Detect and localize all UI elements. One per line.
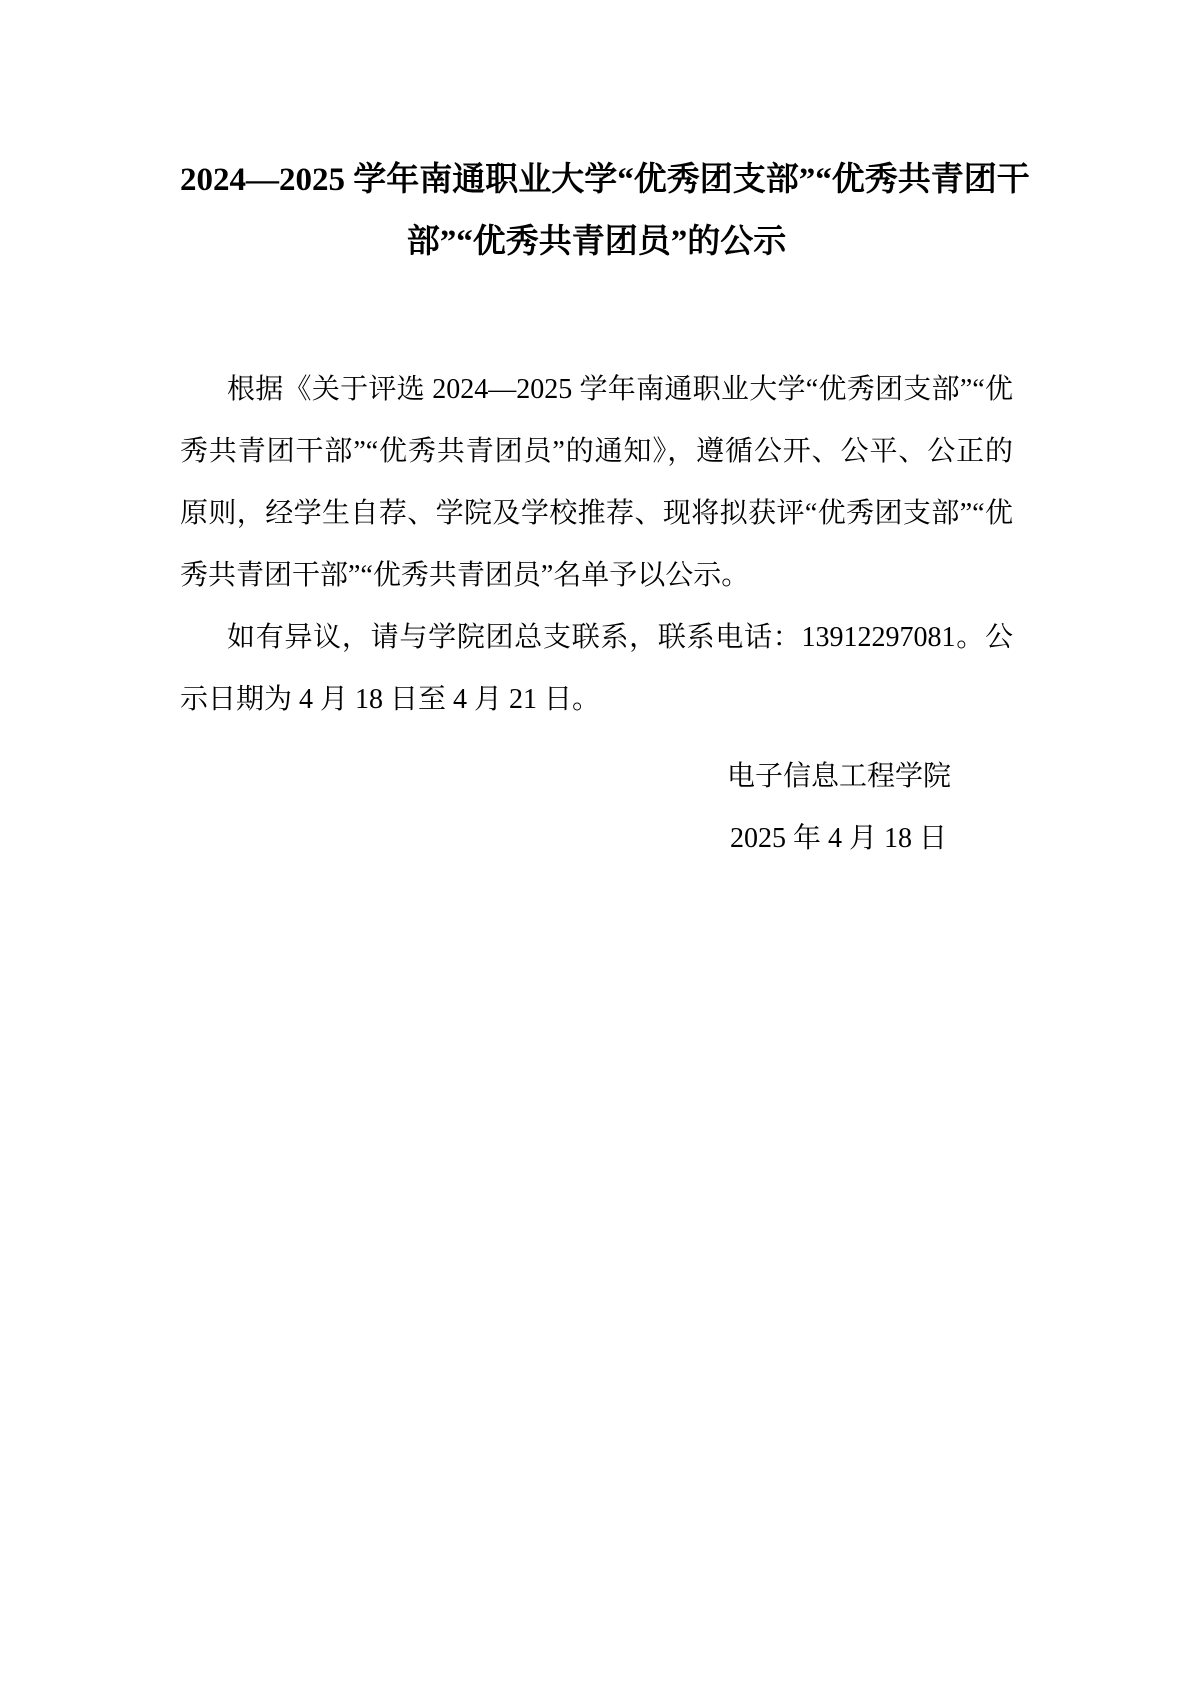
signature-organization: 电子信息工程学院 (180, 746, 1013, 808)
title-line-2: 部”“优秀共青团员”的公示 (180, 211, 1013, 273)
title-line-1: 2024—2025 学年南通职业大学“优秀团支部”“优秀共青团干 (180, 149, 1013, 211)
body-paragraph-2: 如有异议，请与学院团总支联系，联系电话：13912297081。公示日期为 4 … (180, 607, 1013, 731)
signature-date: 2025 年 4 月 18 日 (180, 808, 1013, 870)
body-paragraph-1: 根据《关于评选 2024—2025 学年南通职业大学“优秀团支部”“优秀共青团干… (180, 359, 1013, 607)
document-page: 2024—2025 学年南通职业大学“优秀团支部”“优秀共青团干 部”“优秀共青… (0, 0, 1191, 1684)
document-title: 2024—2025 学年南通职业大学“优秀团支部”“优秀共青团干 部”“优秀共青… (180, 149, 1013, 273)
